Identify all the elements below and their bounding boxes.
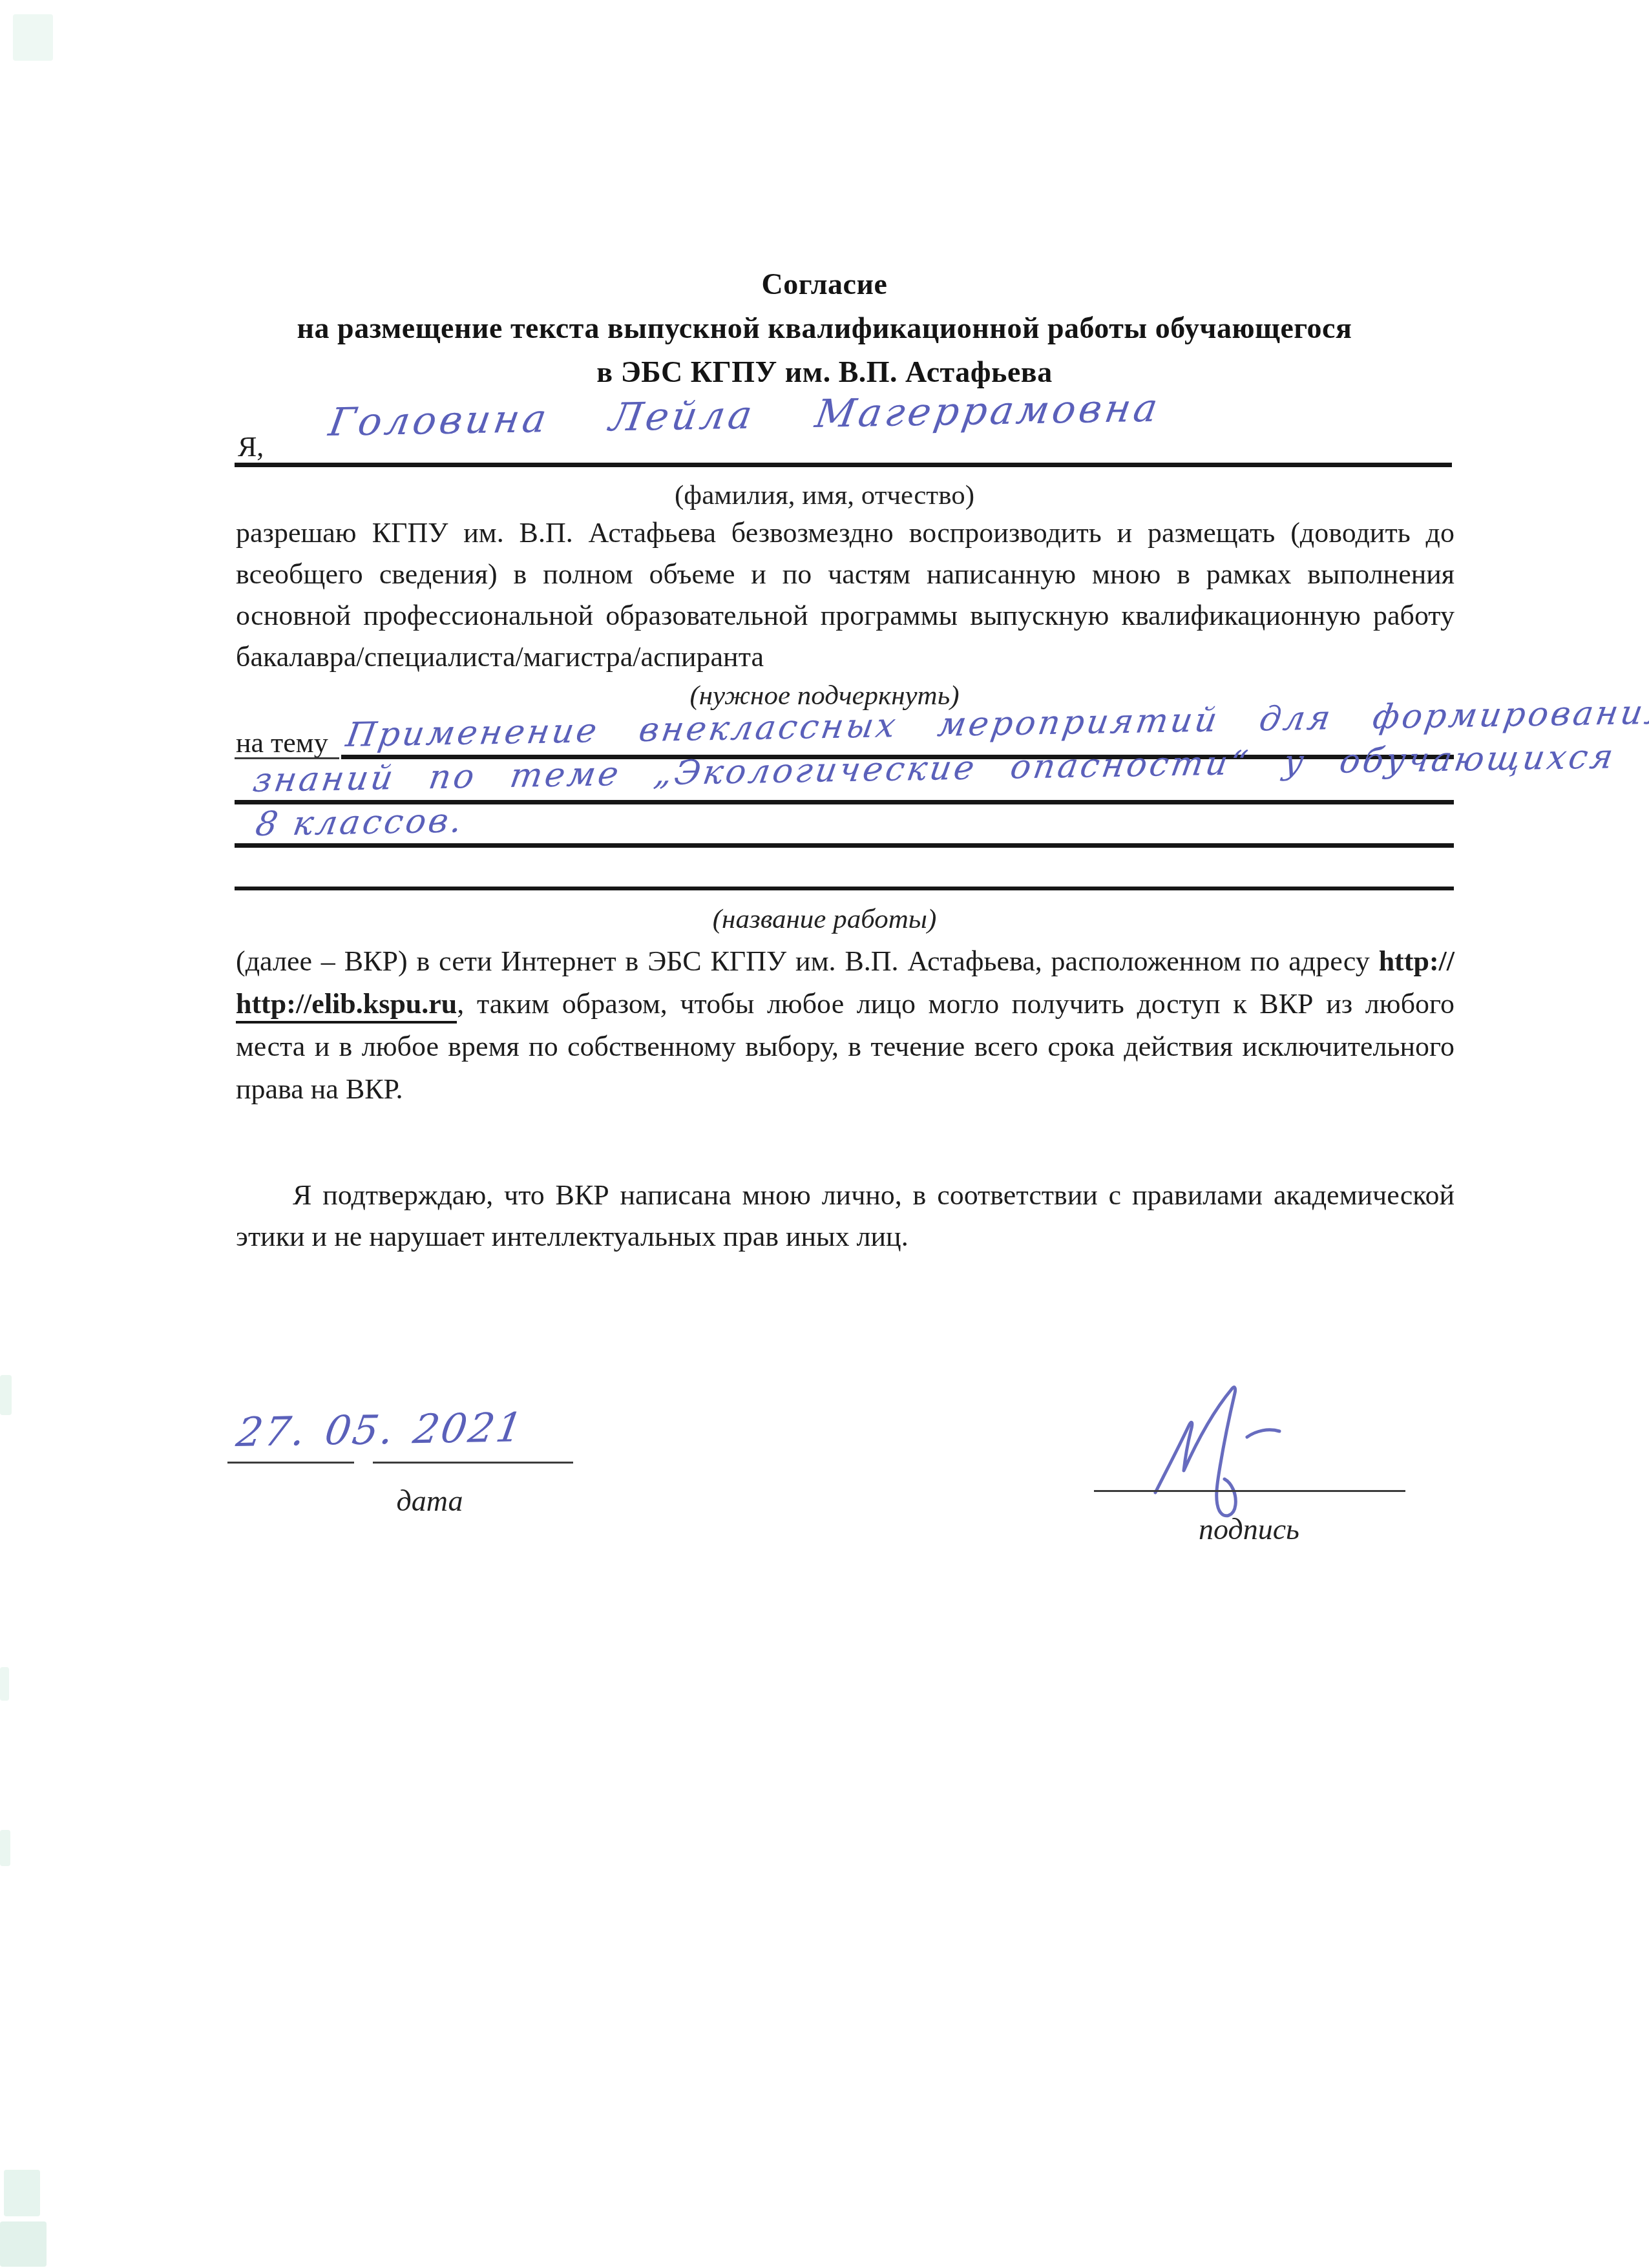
name-underline <box>235 463 1452 467</box>
scan-artifact-bottom-left-2 <box>0 2221 47 2267</box>
permission-paragraph: разрешаю КГПУ им. В.П. Астафьева безвозм… <box>236 512 1455 678</box>
signature-underline <box>1094 1490 1405 1492</box>
signature-stroke <box>1155 1387 1235 1516</box>
topic-underline-4 <box>235 887 1454 890</box>
distribution-paragraph-part-1: (далее – ВКР) в сети Интернет в ЭБС КГПУ… <box>236 945 1379 977</box>
scan-artifact-left-1 <box>0 1375 12 1415</box>
scan-artifact-bottom-left-1 <box>4 2170 40 2216</box>
topic-label-underline <box>235 757 339 759</box>
handwritten-topic-line-3: 8 классов. <box>253 804 467 841</box>
document-subtitle-line-2: в ЭБС КГПУ им. В.П. Астафьева <box>0 355 1649 389</box>
topic-caption: (название работы) <box>0 903 1649 935</box>
handwritten-date: 27. 05. 2021 <box>234 1407 527 1453</box>
declarant-prefix: Я, <box>238 430 264 463</box>
scan-artifact-left-3 <box>0 1830 10 1866</box>
distribution-paragraph: (далее – ВКР) в сети Интернет в ЭБС КГПУ… <box>236 940 1455 1111</box>
date-underline-2 <box>373 1462 573 1464</box>
name-caption: (фамилия, имя, отчество) <box>0 479 1649 511</box>
signature-dash-stroke <box>1247 1430 1279 1437</box>
handwritten-full-name: Головина Лейла Магеррамовна <box>326 389 1163 442</box>
confirmation-paragraph: Я подтверждаю, что ВКР написана мною лич… <box>236 1175 1455 1257</box>
elib-url: http://elib.kspu.ru <box>236 988 457 1024</box>
scan-artifact-top-left <box>13 14 53 61</box>
topic-label: на тему <box>236 726 328 759</box>
topic-underline-3 <box>235 843 1454 848</box>
document-subtitle-line-1: на размещение текста выпускной квалифика… <box>0 311 1649 345</box>
date-underline-1 <box>227 1462 354 1464</box>
consent-document-page: Согласие на размещение текста выпускной … <box>0 0 1649 2268</box>
document-title: Согласие <box>0 267 1649 301</box>
signature-caption: подпись <box>1181 1512 1317 1546</box>
scan-artifact-left-2 <box>0 1667 9 1701</box>
url-prefix: http:// <box>1379 945 1455 977</box>
signature-scribble <box>1149 1383 1299 1524</box>
date-caption: дата <box>362 1484 498 1518</box>
